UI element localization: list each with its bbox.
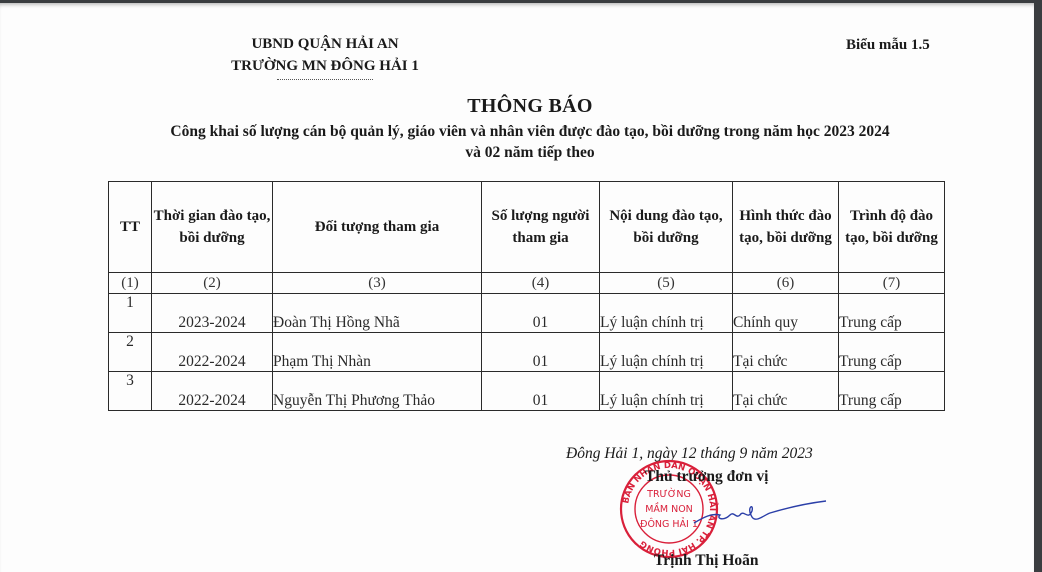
column-number: (6) [733,273,839,294]
org-line-1: UBND QUẬN HẢI AN [200,33,450,55]
cell-count: 01 [482,372,600,411]
column-header: Nội dung đào tạo, bồi dưỡng [600,182,733,273]
table-row: 1 2023-2024 Đoàn Thị Hồng Nhã 01 Lý luận… [109,294,945,333]
cell-level: Trung cấp [839,294,945,333]
training-table: TT Thời gian đào tạo, bồi dưỡng Đối tượn… [108,181,945,411]
column-number: (3) [273,273,482,294]
org-underline [277,79,373,80]
column-header: Trình độ đào tạo, bồi dưỡng [839,182,945,273]
cell-level: Trung cấp [839,372,945,411]
cell-form: Chính quy [733,294,839,333]
column-header: TT [109,182,152,273]
cell-tt: 2 [109,333,152,372]
cell-period: 2022-2024 [152,372,273,411]
cell-tt: 3 [109,372,152,411]
subtitle-line-2: và 02 năm tiếp theo [0,142,1042,163]
column-number: (7) [839,273,945,294]
cell-content: Lý luận chính trị [600,333,733,372]
signatory-title: Thủ trưởng đơn vị [645,468,768,486]
column-number: (1) [109,273,152,294]
column-number: (5) [600,273,733,294]
signatory-name: Trịnh Thị Hoãn [654,552,759,570]
document-subtitle: Công khai số lượng cán bộ quản lý, giáo … [0,121,1042,163]
column-number: (2) [152,273,273,294]
org-line-2: TRƯỜNG MN ĐÔNG HẢI 1 [200,55,450,77]
cell-level: Trung cấp [839,333,945,372]
cell-tt: 1 [109,294,152,333]
cell-form: Tại chức [733,333,839,372]
organization-block: UBND QUẬN HẢI AN TRƯỜNG MN ĐÔNG HẢI 1 [200,33,450,77]
document-page: UBND QUẬN HẢI AN TRƯỜNG MN ĐÔNG HẢI 1 Bi… [0,3,1034,572]
column-number: (4) [482,273,600,294]
column-header: Hình thức đào tạo, bồi dưỡng [733,182,839,273]
cell-form: Tại chức [733,372,839,411]
column-header: Thời gian đào tạo, bồi dưỡng [152,182,273,273]
table-row: 2 2022-2024 Phạm Thị Nhàn 01 Lý luận chí… [109,333,945,372]
cell-period: 2023-2024 [152,294,273,333]
table-row: 3 2022-2024 Nguyễn Thị Phương Thảo 01 Lý… [109,372,945,411]
cell-content: Lý luận chính trị [600,372,733,411]
document-title: THÔNG BÁO [0,95,1042,118]
cell-participant: Phạm Thị Nhàn [273,333,482,372]
cell-participant: Đoàn Thị Hồng Nhã [273,294,482,333]
table-header-row: TT Thời gian đào tạo, bồi dưỡng Đối tượn… [109,182,945,273]
cell-period: 2022-2024 [152,333,273,372]
stamp-line-2: MẦM NON [645,502,693,515]
column-header: Đối tượng tham gia [273,182,482,273]
stamp-line-1: TRƯỜNG [646,488,691,500]
subtitle-line-1: Công khai số lượng cán bộ quản lý, giáo … [0,121,1042,142]
cell-count: 01 [482,294,600,333]
cell-participant: Nguyễn Thị Phương Thảo [273,372,482,411]
column-number-row: (1) (2) (3) (4) (5) (6) (7) [109,273,945,294]
cell-content: Lý luận chính trị [600,294,733,333]
form-code: Biểu mẫu 1.5 [846,37,930,54]
cell-count: 01 [482,333,600,372]
column-header: Số lượng người tham gia [482,182,600,273]
handwritten-signature-icon [690,493,830,533]
